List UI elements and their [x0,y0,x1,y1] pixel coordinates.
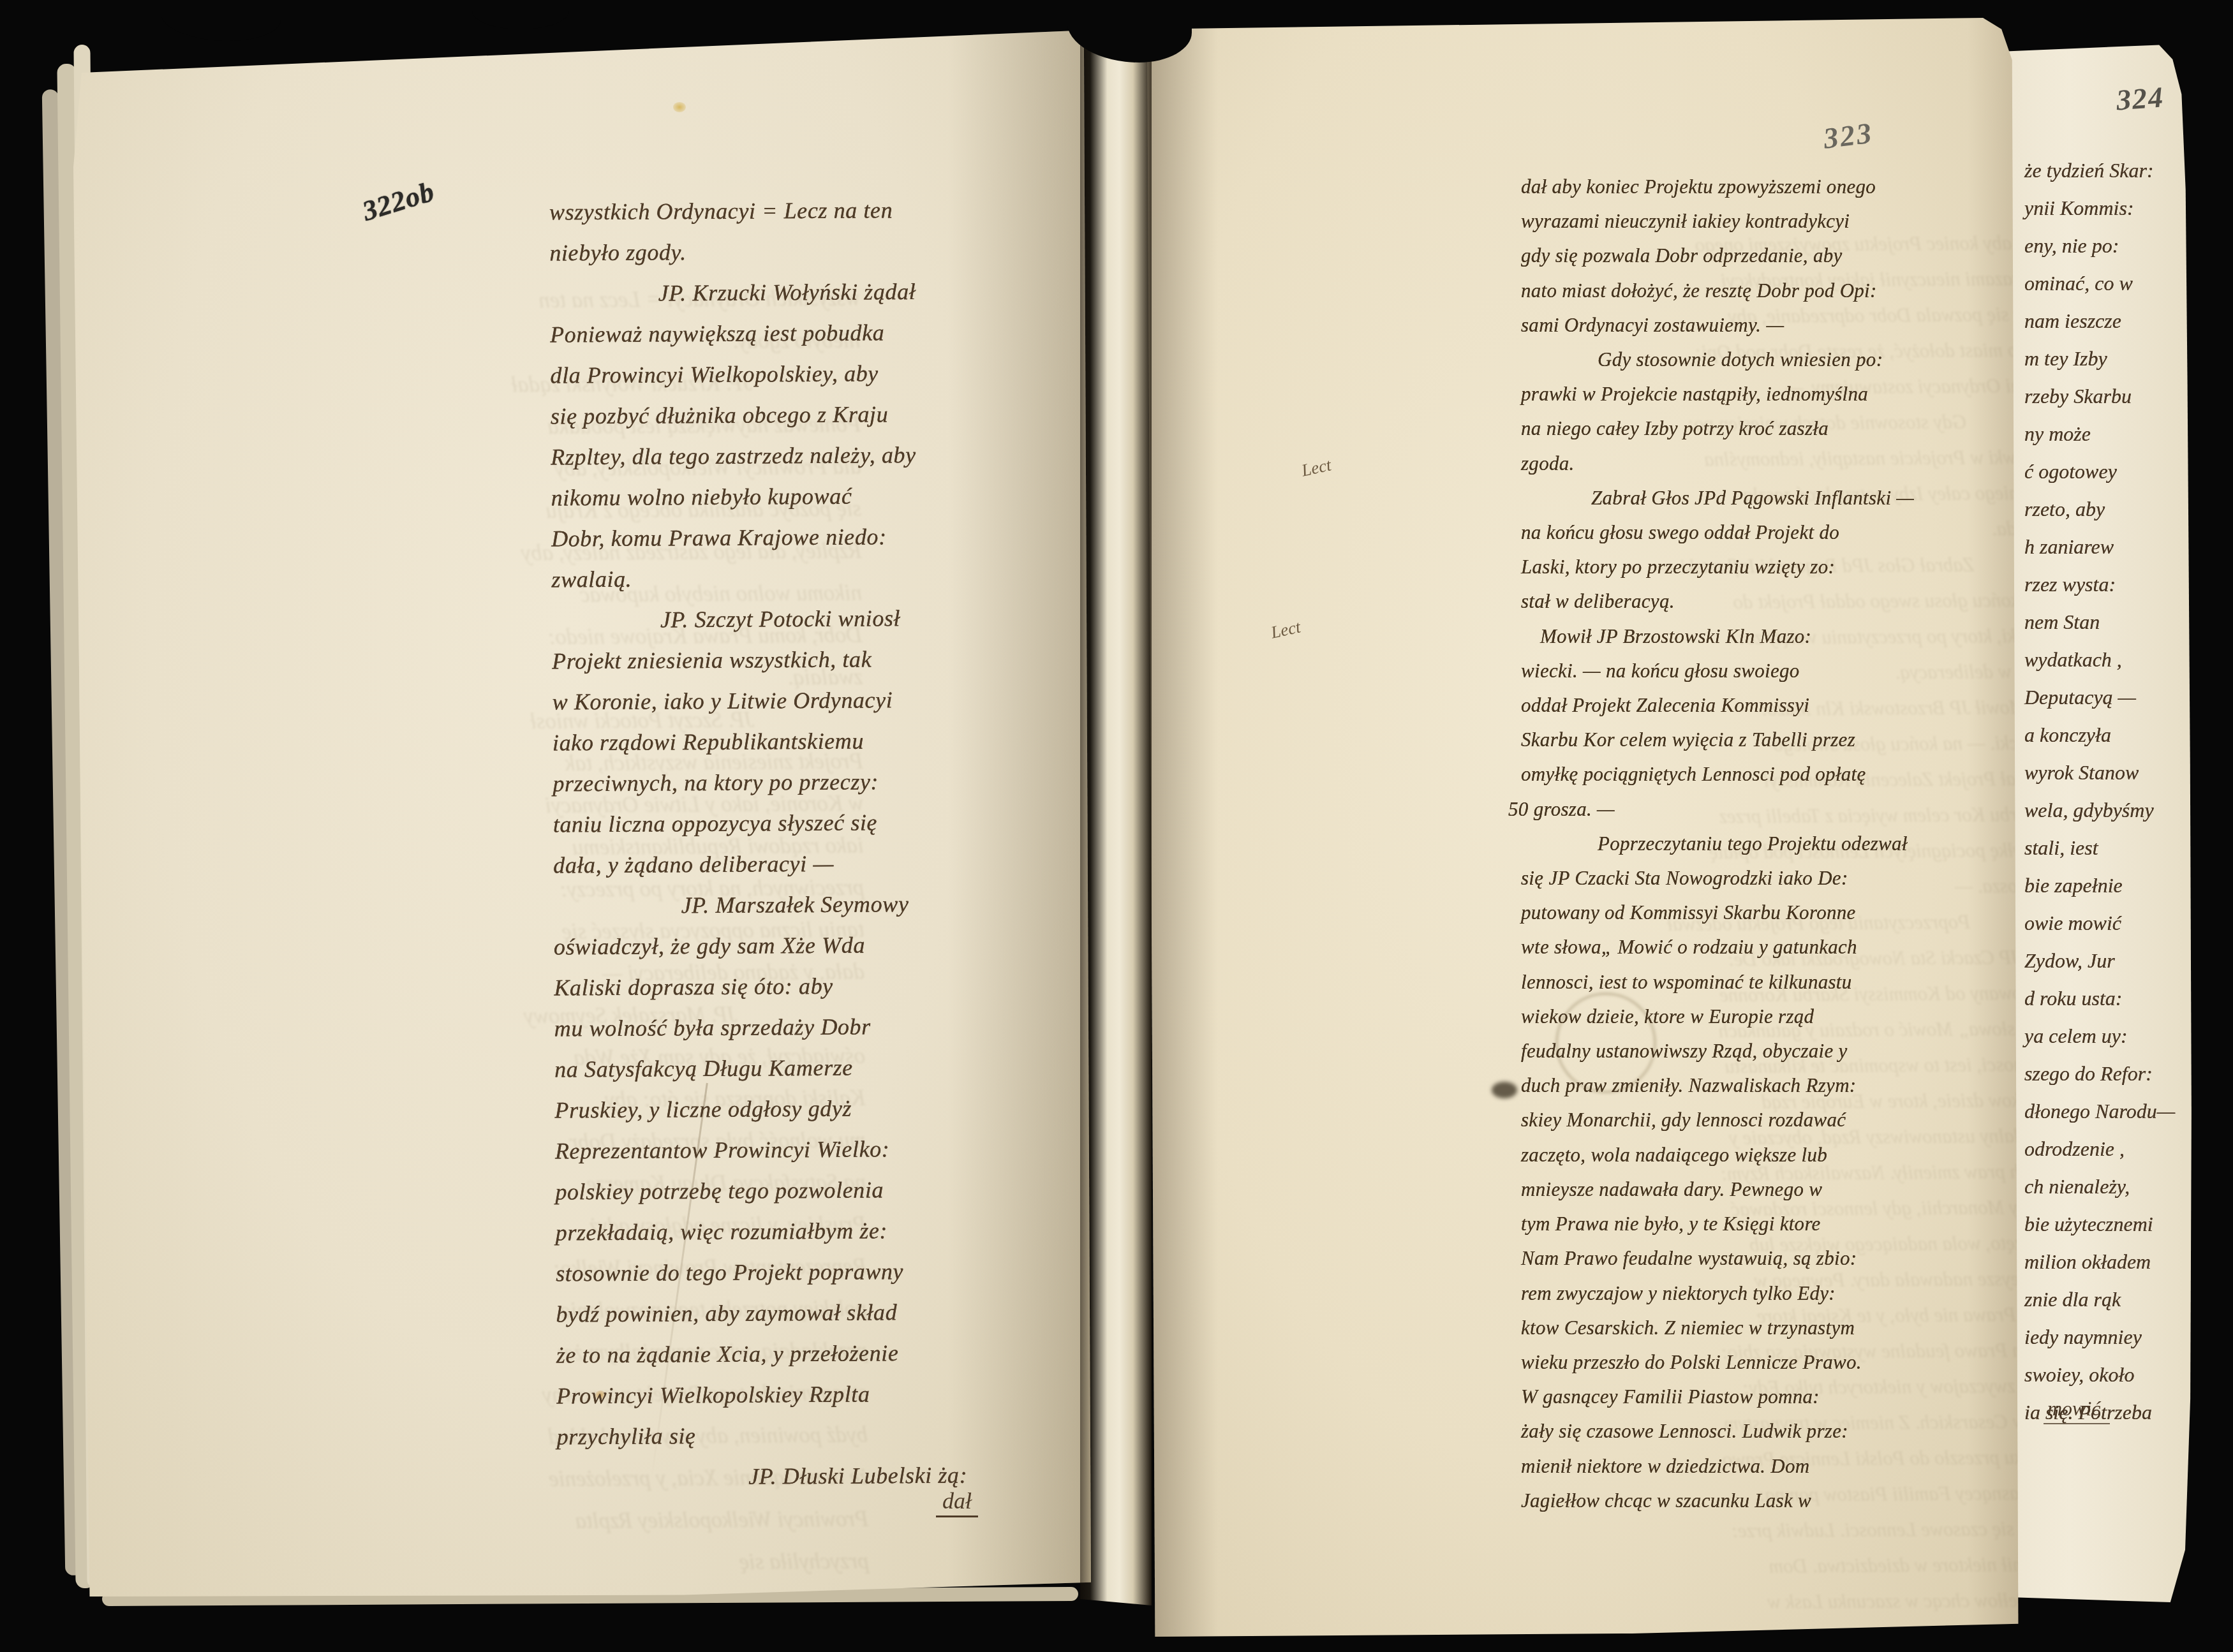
manuscript-line-fragment: ominać, co w [2024,265,2193,302]
manuscript-line: polskiey potrzebę tego pozwolenia [555,1168,1085,1212]
ghost-line: Jagiełłow chcąc w szacunku Lask w [1147,1582,2029,1625]
manuscript-line: Skarbu Kor celem wyięcia z Tabelli przez [1521,723,2029,757]
manuscript-line: Kaliski doprasza się óto: aby [554,964,1083,1008]
page-number-324: 324 [2115,80,2165,117]
manuscript-line: Jagiełłow chcąc w szacunku Lask w [1521,1484,2029,1518]
manuscript-line: przekładaią, więc rozumiałbym że: [556,1209,1085,1253]
manuscript-line: żały się czasowe Lennosci. Ludwik prze: [1521,1414,2029,1449]
manuscript-line-fragment: nam ieszcze [2024,302,2193,340]
ghost-line: mienił niektore w dziedzictwa. Dom [1147,1547,2029,1589]
manuscript-line: nikomu wolno niebyło kupować [551,474,1080,518]
manuscript-line-fragment: szego do Refor: [2024,1055,2193,1093]
manuscript-line: wiekow dzieie, ktore w Europie rząd [1521,999,2029,1034]
manuscript-line-fragment: iedy naymniey [2024,1318,2193,1356]
manuscript-line: wszystkich Ordynacyi = Lecz na ten [549,188,1079,232]
manuscript-line-fragment: że tydzień Skar: [2024,152,2193,189]
manuscript-line-fragment: eny, nie po: [2024,227,2193,265]
background-gap [472,0,569,29]
manuscript-line-fragment: milion okładem [2024,1243,2193,1281]
manuscript-line: feudalny ustanowiwszy Rząd, obyczaie y [1521,1034,2029,1068]
manuscript-photo: 324 że tydzień Skar:ynii Kommis:eny, nie… [0,0,2233,1652]
ghost-line: Prowincyi Wielkopolskiey Rzplta [73,1498,868,1547]
manuscript-line-fragment: ch nienależy, [2024,1168,2193,1206]
manuscript-line: JP. Marszałek Seymowy [681,882,1083,926]
margin-number-322ob: 322ob [359,175,438,227]
gutter-page-edge [1080,27,1152,1605]
manuscript-line: Pruskiey, y liczne odgłosy gdyż [554,1086,1084,1130]
manuscript-line: Mowił JP Brzostowski Kln Mazo: [1540,619,2029,654]
manuscript-line: Reprezentantow Prowincyi Wielko: [555,1127,1085,1171]
manuscript-line: stał w deliberacyą. [1521,584,2029,619]
manuscript-line-fragment: swoiey, około [2024,1356,2193,1394]
manuscript-line: Gdy stosownie dotych wniesien po: [1598,343,2029,377]
manuscript-line-fragment: dłonego Narodu— [2024,1093,2193,1130]
manuscript-line: Dobr, komu Prawa Krajowe niedo: [551,515,1081,559]
manuscript-line-fragment: owie mowić [2024,904,2193,942]
manuscript-line-fragment: m tey Izby [2024,340,2193,378]
manuscript-line: Prowincyi Wielkopolskiey Rzplta [556,1372,1086,1416]
manuscript-line: wyrazami nieuczynił iakiey kontradykcyi [1521,204,2029,239]
manuscript-line: JP. Dłuski Lubelski żą: [748,1454,1087,1496]
manuscript-line-fragment: a konczyła [2024,716,2193,754]
manuscript-line-fragment: bie zapełnie [2024,867,2193,904]
manuscript-line: bydź powinien, aby zaymował skład [556,1290,1085,1334]
manuscript-line: skiey Monarchii, gdy lennosci rozdawać [1521,1103,2029,1137]
left-page-322v: wszystkich Ordynacyi = Lecz na tenniebył… [73,26,1091,1600]
page-number-323: 323 [1821,115,1875,155]
manuscript-line: rem zwyczajow y niektorych tylko Edy: [1521,1276,2029,1311]
manuscript-line-fragment: znie dla rąk [2024,1281,2193,1318]
catchword-mowic: mowić [2044,1397,2110,1424]
manuscript-line-fragment: bie użytecznemi [2024,1206,2193,1243]
manuscript-line: dał aby koniec Projektu zpowyższemi oneg… [1521,170,2029,204]
manuscript-line-fragment: Deputacyą — [2024,679,2193,716]
manuscript-line: Projekt zniesienia wszystkich, tak [552,637,1081,681]
manuscript-line-fragment: rzeto, aby [2024,490,2193,528]
manuscript-line: prawki w Projekcie nastąpiły, iednomyśln… [1521,377,2029,411]
manuscript-line: Nam Prawo feudalne wystawuią, są zbio: [1521,1241,2029,1276]
right-page-323: dał aby koniec Projektu zpowyższemi oneg… [1147,18,2029,1637]
manuscript-line: przychyliła się [556,1413,1086,1457]
manuscript-line-fragment: wydatkach , [2024,641,2193,679]
ghost-line: przychyliła się [73,1540,869,1589]
manuscript-line: taniu liczna oppozycya słyszeć się [553,800,1083,844]
manuscript-line-fragment: wela, gdybyśmy [2024,792,2193,829]
manuscript-line-fragment: wyrok Stanow [2024,754,2193,792]
manuscript-line-fragment: ya celem uy: [2024,1017,2193,1055]
manuscript-line-fragment: rzeby Skarbu [2024,378,2193,415]
manuscript-line: JP. Krzucki Wołyński żądał [658,270,1079,313]
manuscript-line-fragment: ynii Kommis: [2024,189,2193,227]
manuscript-line: sami Ordynacyi zostawuiemy. — [1521,308,2029,343]
manuscript-line: gdy się pozwala Dobr odprzedanie, aby [1521,239,2029,273]
manuscript-line: JP. Szczyt Potocki wniosł [660,596,1081,640]
manuscript-line: wiecki. — na końcu głosu swoiego [1521,654,2029,688]
manuscript-line: zaczęto, wola nadaiącego większe lub [1521,1138,2029,1172]
manuscript-line: na niego całey Izby potrzy kroć zaszła [1521,411,2029,446]
manuscript-line: dla Prowincyi Wielkopolskiey, aby [550,351,1079,395]
manuscript-line-fragment: rzez wysta: [2024,566,2193,603]
manuscript-line-fragment: nem Stan [2024,603,2193,641]
manuscript-line: omyłkę pociągniętych Lennosci pod opłatę [1521,757,2029,792]
manuscript-line: tym Prawa nie było, y te Księgi ktore [1521,1207,2029,1241]
manuscript-line-fragment: odrodzenie , [2024,1130,2193,1168]
manuscript-line: oddał Projekt Zalecenia Kommissyi [1521,688,2029,723]
manuscript-line: niebyło zgody. [549,229,1079,273]
manuscript-line: mu wolność była sprzedaży Dobr [554,1005,1084,1049]
manuscript-line: 50 grosza. — [1508,792,2029,827]
right-page-text: dał aby koniec Projektu zpowyższemi oneg… [1521,170,2029,1518]
catchword-dal: dał [936,1487,978,1517]
left-page-text: wszystkich Ordynacyi = Lecz na tenniebył… [549,188,1087,1498]
paper-stain [673,102,686,112]
manuscript-line: Laski, ktory po przeczytaniu wzięty zo: [1521,550,2029,584]
manuscript-line-fragment: ć ogotowey [2024,453,2193,490]
manuscript-line: że to na żądanie Xcia, y przełożenie [556,1331,1086,1375]
manuscript-line: Rzpltey, dla tego zastrzedz należy, aby [551,433,1080,477]
manuscript-line-fragment: h zaniarew [2024,528,2193,566]
manuscript-line-fragment: ny może [2024,415,2193,453]
manuscript-line: ktow Cesarskich. Z niemiec w trzynastym [1521,1311,2029,1345]
manuscript-line: w Koronie, iako y Litwie Ordynacyi [552,678,1081,722]
manuscript-line: lennosci, iest to wspominać te kilkunast… [1521,965,2029,999]
manuscript-line: na końcu głosu swego oddał Projekt do [1521,515,2029,550]
manuscript-line: się JP Czacki Sta Nowogrodzki iako De: [1521,861,2029,896]
manuscript-line: putowany od Kommissyi Skarbu Koronne [1521,896,2029,930]
manuscript-line: dała, y żądano deliberacyi — [553,841,1083,885]
manuscript-line-fragment: Zydow, Jur [2024,942,2193,980]
manuscript-line: W gasnącey Familii Piastow pomna: [1521,1380,2029,1414]
manuscript-line: iako rządowi Republikantskiemu [553,719,1082,763]
manuscript-line: oświadczył, że gdy sam Xże Wda [554,923,1083,967]
next-page-line-endings: że tydzień Skar:ynii Kommis:eny, nie po:… [2024,152,2193,1431]
manuscript-line: duch praw zmieniły. Nazwaliskach Rzym: [1521,1068,2029,1103]
manuscript-line: przeciwnych, na ktory po przeczy: [553,760,1082,804]
manuscript-line: Poprzeczytaniu tego Projektu odezwał [1598,827,2029,861]
manuscript-line: zgoda. [1521,446,2029,481]
manuscript-line: wte słowa„ Mowić o rodzaiu y gatunkach [1521,930,2029,964]
manuscript-line: nato miast dołożyć, że resztę Dobr pod O… [1521,274,2029,308]
manuscript-line: mnieysze nadawała dary. Pewnego w [1521,1172,2029,1207]
manuscript-line: na Satysfakcyą Długu Kamerze [554,1045,1084,1089]
manuscript-line: mienił niektore w dziedzictwa. Dom [1521,1449,2029,1484]
manuscript-line-fragment: stali, iest [2024,829,2193,867]
manuscript-line: wieku przeszło do Polski Lennicze Prawo. [1521,1345,2029,1380]
manuscript-line: Ponieważ naywiększą iest pobudka [550,311,1079,355]
manuscript-line: się pozbyć dłużnika obcego z Kraju [551,392,1080,436]
manuscript-line-fragment: d roku usta: [2024,980,2193,1017]
manuscript-line: Zabrał Głos JPd Pągowski Inflantski — [1591,481,2029,515]
manuscript-line: stosownie do tego Projekt poprawny [556,1250,1085,1294]
manuscript-line: zwalaią. [551,556,1081,600]
background-gap [161,0,281,41]
